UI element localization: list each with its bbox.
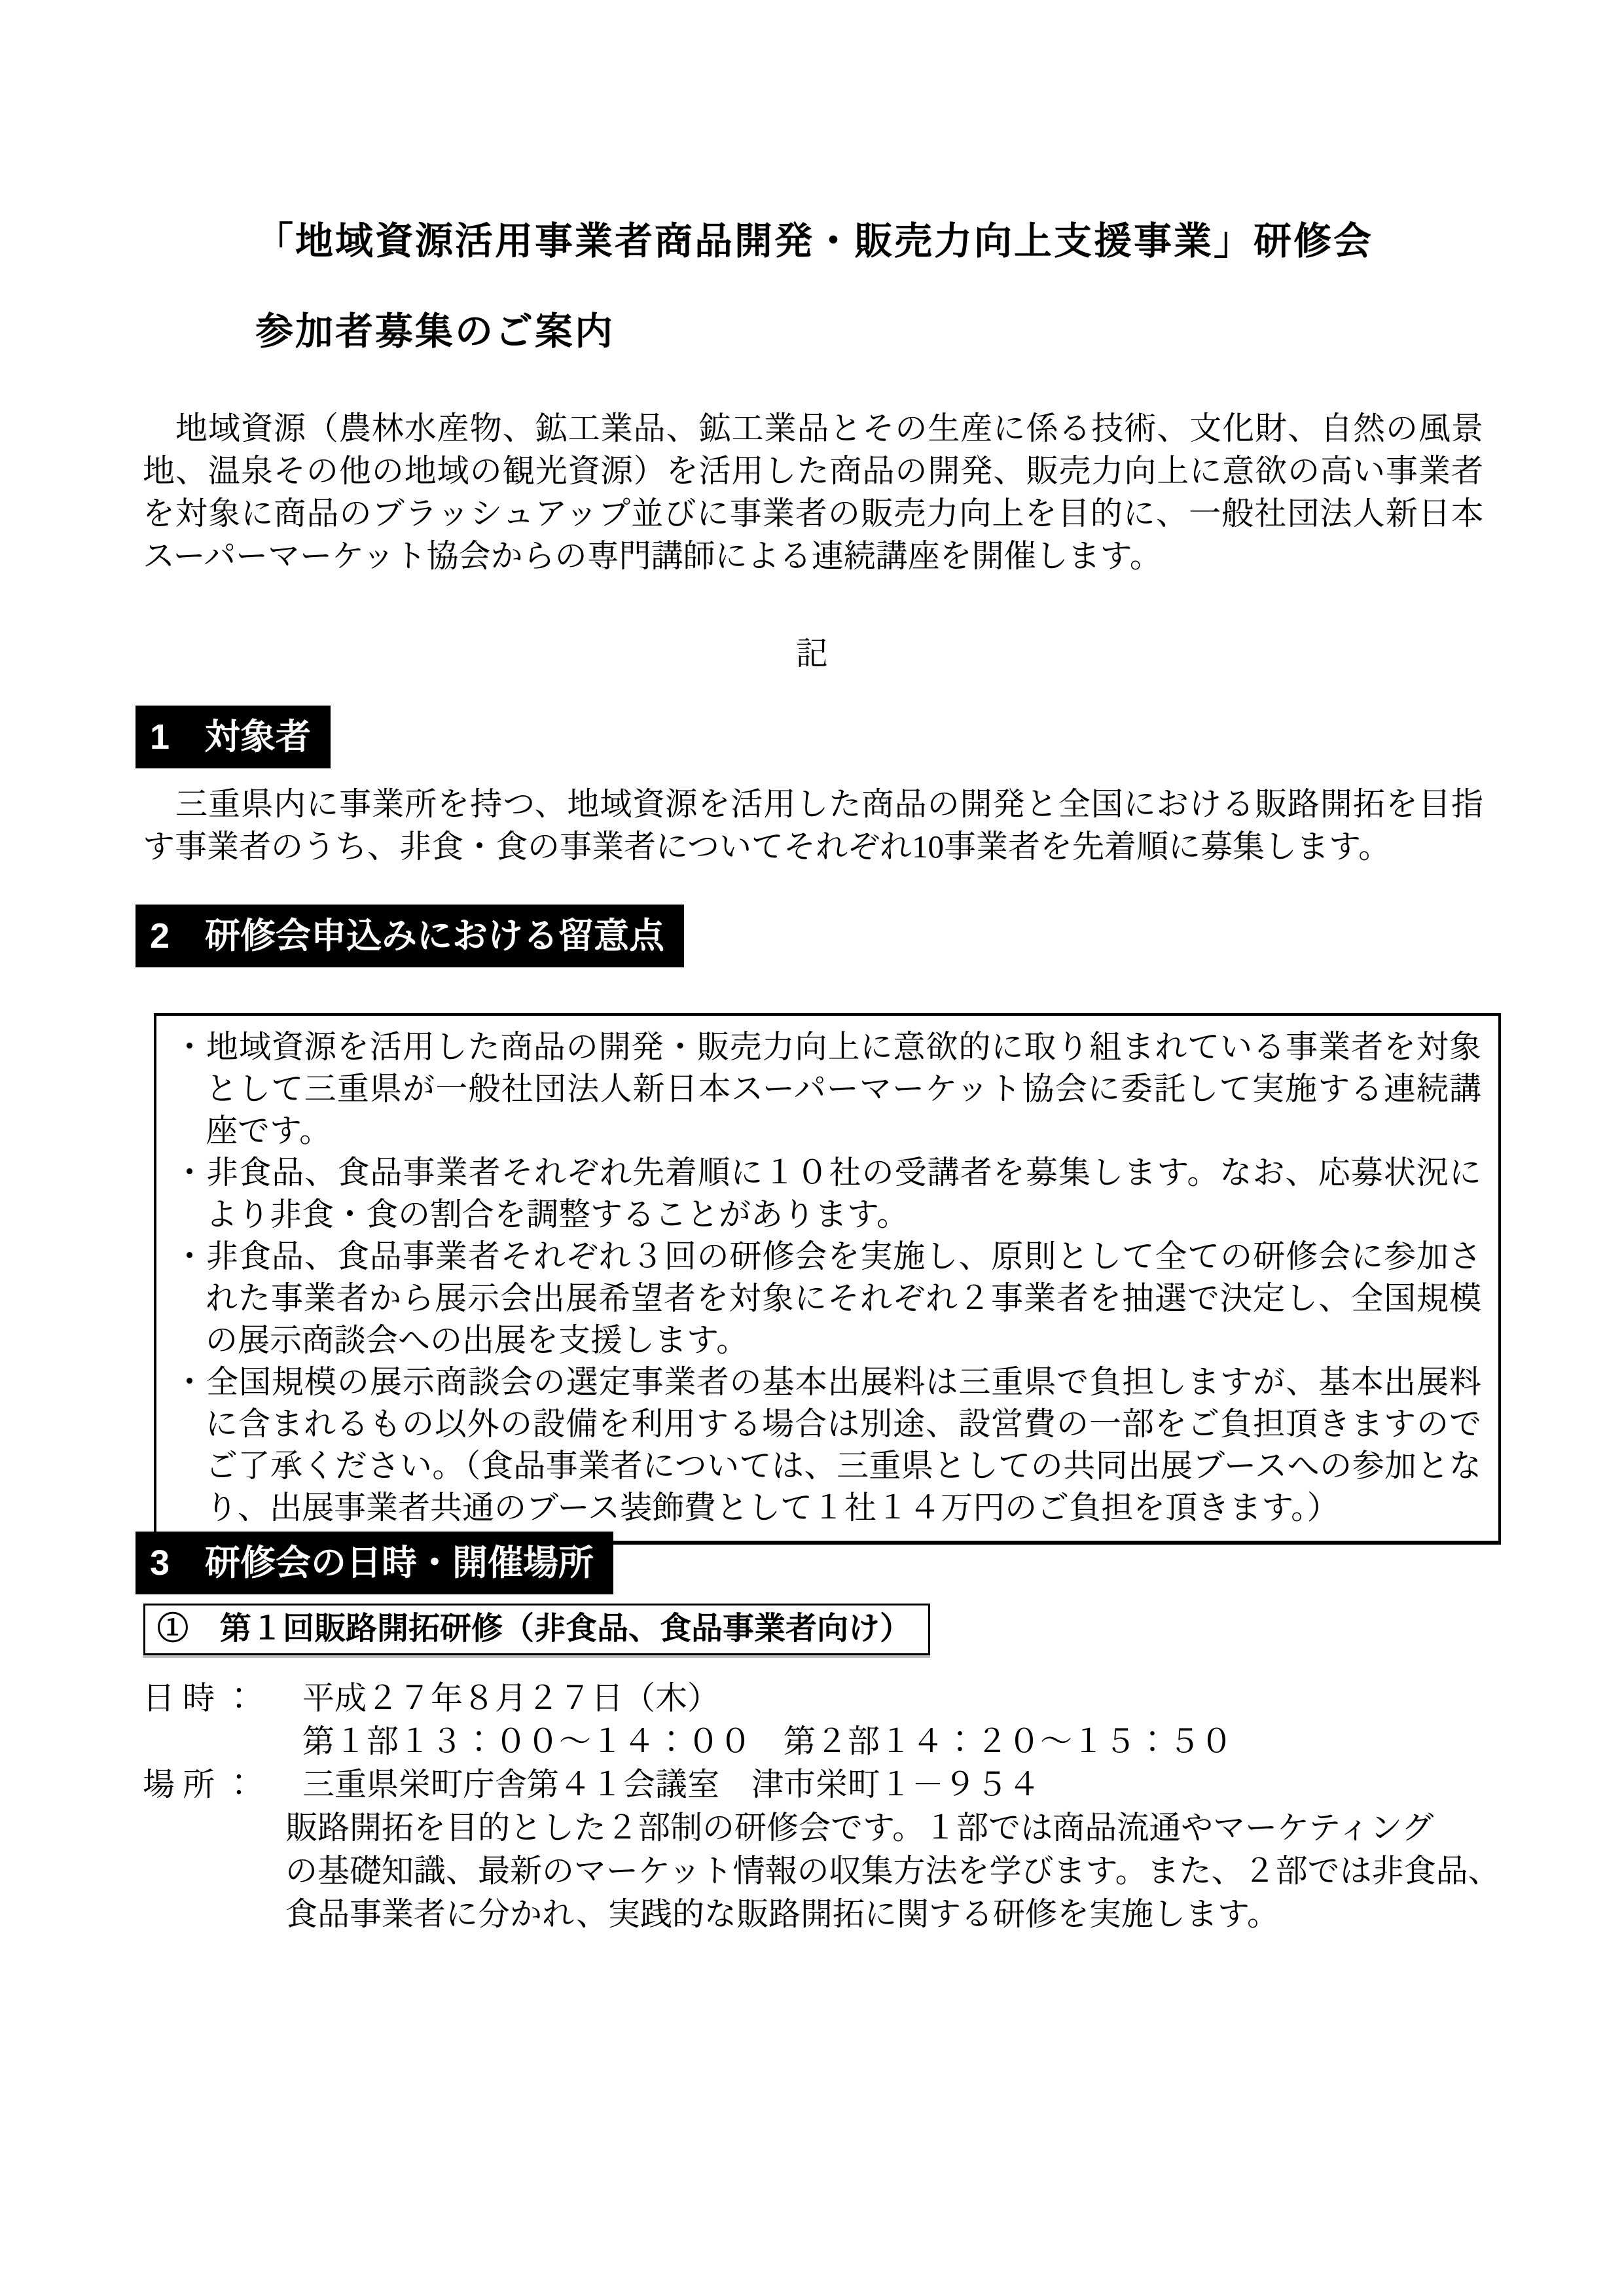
datetime-row: 日 時 ：平成２７年８月２７日（木）: [143, 1677, 1537, 1720]
session-1-heading: ① 第１回販路開拓研修（非食品、食品事業者向け）: [143, 1604, 930, 1655]
intro-paragraph: 地域資源（農林水産物、鉱工業品、鉱工業品とその生産に係る技術、文化財、自然の風景…: [143, 407, 1483, 577]
note-item: ・地域資源を活用した商品の開発・販売力向上に意欲的に取り組まれている事業者を対象…: [173, 1026, 1481, 1152]
document-page: 「地域資源活用事業者商品開発・販売力向上支援事業」研修会 参加者募集のご案内 地…: [0, 0, 1624, 2296]
page-title: 「地域資源活用事業者商品開発・販売力向上支援事業」研修会: [255, 220, 1373, 264]
datetime-parts-value: 第１部１３：００～１４：００ 第２部１４：２０～１５：５０: [302, 1723, 1233, 1759]
session-description-line: の基礎知識、最新のマーケット情報の収集方法を学びます。また、２部では非食品、: [143, 1850, 1516, 1893]
note-item: ・全国規模の展示商談会の選定事業者の基本出展料は三重県で負担しますが、基本出展料…: [173, 1361, 1481, 1529]
place-value: 三重県栄町庁舎第４１会議室 津市栄町１－９５４: [302, 1767, 1040, 1803]
place-row: 場 所 ：三重県栄町庁舎第４１会議室 津市栄町１－９５４: [143, 1763, 1537, 1806]
datetime-label: 日 時 ：: [143, 1677, 302, 1720]
note-item: ・非食品、食品事業者それぞれ３回の研修会を実施し、原則として全ての研修会に参加さ…: [173, 1236, 1481, 1361]
section-1-header: 1 対象者: [135, 706, 331, 768]
place-label: 場 所 ：: [143, 1763, 302, 1806]
section-1-body: 三重県内に事業所を持つ、地域資源を活用した商品の開発と全国における販路開拓を目指…: [143, 783, 1483, 868]
note-item: ・非食品、食品事業者それぞれ先着順に１０社の受講者を募集します。なお、応募状況に…: [173, 1152, 1481, 1236]
notes-box: ・地域資源を活用した商品の開発・販売力向上に意欲的に取り組まれている事業者を対象…: [154, 1013, 1501, 1545]
session-description-line: 食品事業者に分かれ、実践的な販路開拓に関する研修を実施します。: [143, 1893, 1516, 1936]
session-1-details: 日 時 ：平成２７年８月２７日（木） 第１部１３：００～１４：００ 第２部１４：…: [143, 1677, 1537, 1936]
page-subtitle: 参加者募集のご案内: [255, 310, 615, 354]
datetime-row-2: 第１部１３：００～１４：００ 第２部１４：２０～１５：５０: [143, 1720, 1537, 1763]
record-mark: 記: [0, 628, 1624, 674]
section-3-header: 3 研修会の日時・開催場所: [135, 1532, 613, 1594]
section-2-header: 2 研修会申込みにおける留意点: [135, 905, 684, 967]
session-description-line: 販路開拓を目的とした２部制の研修会です。１部では商品流通やマーケティング: [143, 1806, 1516, 1850]
datetime-value: 平成２７年８月２７日（木）: [302, 1680, 719, 1716]
